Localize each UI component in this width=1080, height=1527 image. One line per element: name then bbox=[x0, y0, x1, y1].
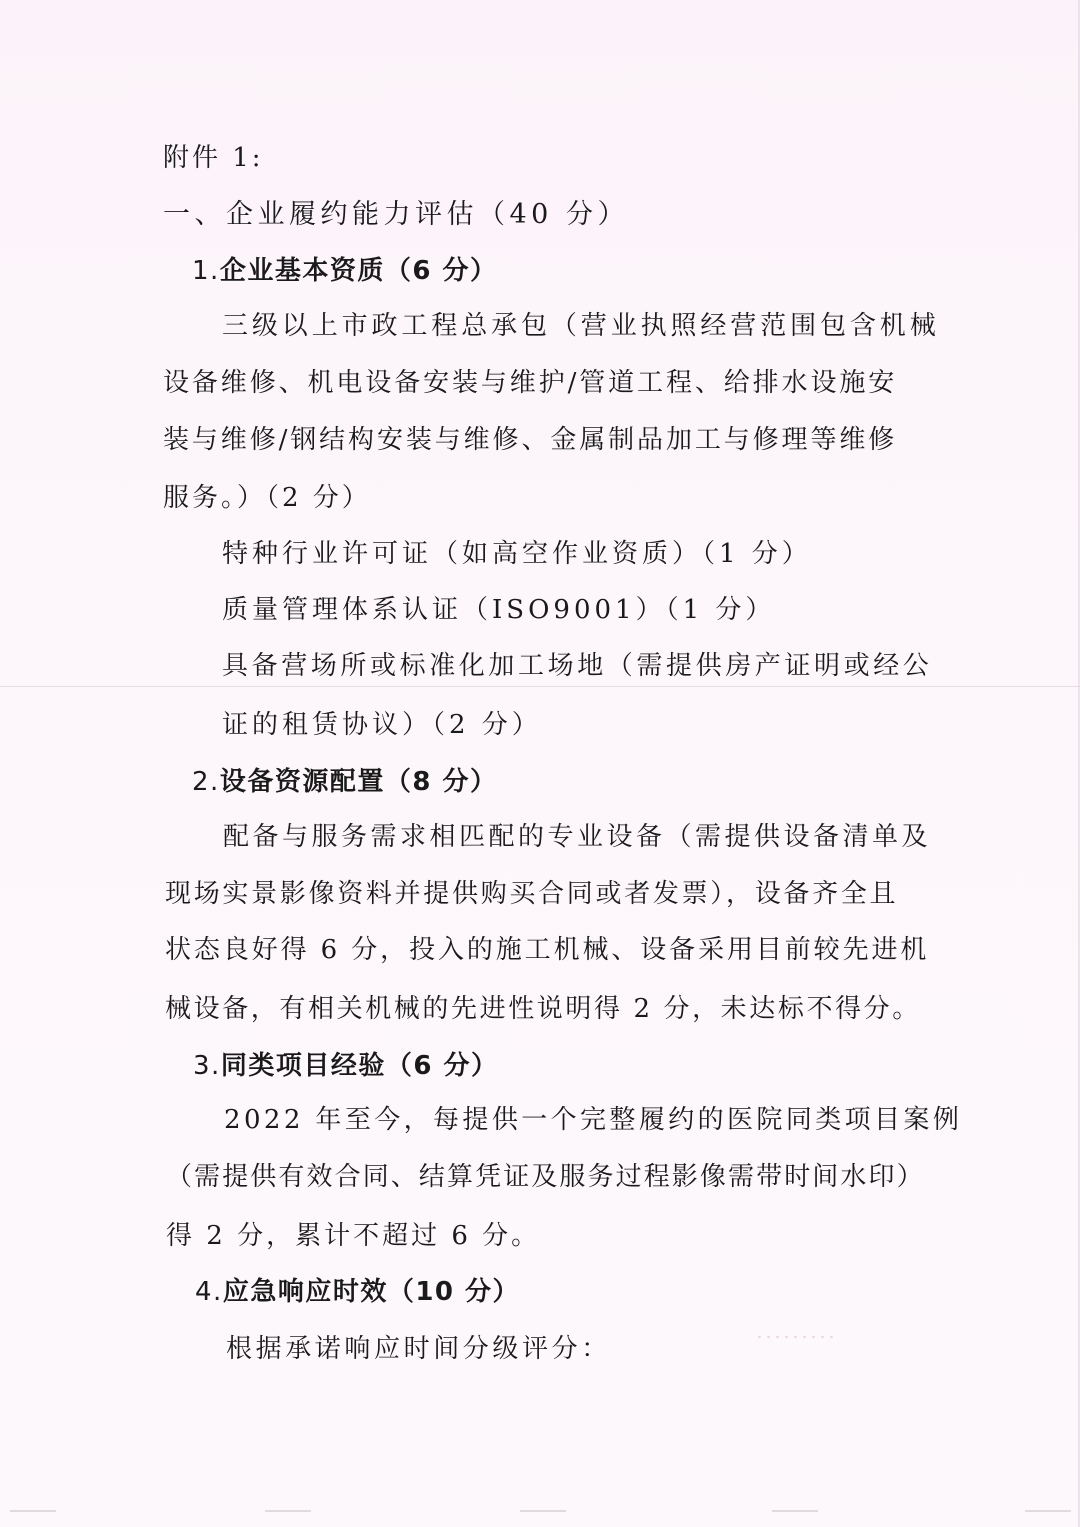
paragraph-line: 质量管理体系认证（ISO9001）（1 分） bbox=[222, 597, 775, 623]
attachment-label: 附件 1: bbox=[163, 145, 264, 171]
subsection-title: 设备资源配置（8 分） bbox=[220, 767, 498, 797]
paragraph-line: 证的租赁协议）（2 分） bbox=[222, 712, 542, 738]
subsection-heading-4: 4.应急响应时效（10 分） bbox=[195, 1279, 520, 1305]
scanned-document-page: 附件 1: 一、企业履约能力评估（40 分） 1.企业基本资质（6 分） 三级以… bbox=[0, 0, 1080, 1527]
subsection-number: 1. bbox=[192, 256, 220, 286]
subsection-title: 同类项目经验（6 分） bbox=[221, 1051, 499, 1081]
paragraph-line: 现场实景影像资料并提供购买合同或者发票），设备齐全且 bbox=[165, 881, 898, 907]
paragraph-line: 得 2 分，累计不超过 6 分。 bbox=[166, 1223, 540, 1249]
paragraph-line: 装与维修/钢结构安装与维修、金属制品加工与修理等维修 bbox=[163, 427, 897, 453]
subsection-heading-1: 1.企业基本资质（6 分） bbox=[192, 258, 497, 284]
paragraph-line: 设备维修、机电设备安装与维护/管道工程、给排水设施安 bbox=[163, 370, 897, 396]
paragraph-line: 械设备，有相关机械的先进性说明得 2 分，未达标不得分。 bbox=[165, 996, 921, 1022]
paragraph-line: 根据承诺响应时间分级评分： bbox=[226, 1336, 611, 1362]
subsection-title: 应急响应时效（10 分） bbox=[223, 1277, 520, 1307]
scan-footer-artifacts bbox=[0, 1510, 1080, 1516]
paragraph-line: 具备营场所或标准化加工场地（需提供房产证明或经公 bbox=[222, 653, 932, 679]
subsection-number: 4. bbox=[195, 1277, 223, 1307]
paragraph-line: 三级以上市政工程总承包（营业执照经营范围包含机械 bbox=[222, 313, 940, 339]
subsection-title: 企业基本资质（6 分） bbox=[220, 256, 498, 286]
subsection-heading-2: 2.设备资源配置（8 分） bbox=[192, 769, 497, 795]
section-title: 一、企业履约能力评估（40 分） bbox=[163, 201, 629, 228]
paper-fold-line bbox=[0, 686, 1080, 687]
paragraph-line: 特种行业许可证（如高空作业资质）（1 分） bbox=[222, 541, 812, 567]
paragraph-line: 状态良好得 6 分，投入的施工机械、设备采用目前较先进机 bbox=[165, 937, 929, 963]
paragraph-line: 服务。）（2 分） bbox=[163, 485, 371, 511]
subsection-number: 3. bbox=[193, 1051, 221, 1081]
paragraph-line: 配备与服务需求相匹配的专业设备（需提供设备清单及 bbox=[223, 824, 931, 850]
subsection-number: 2. bbox=[192, 767, 220, 797]
scan-speckle bbox=[755, 1333, 835, 1341]
paragraph-line: （需提供有效合同、结算凭证及服务过程影像需带时间水印） bbox=[166, 1164, 925, 1190]
paragraph-line: 2022 年至今，每提供一个完整履约的医院同类项目案例 bbox=[224, 1107, 962, 1133]
subsection-heading-3: 3.同类项目经验（6 分） bbox=[193, 1053, 498, 1079]
